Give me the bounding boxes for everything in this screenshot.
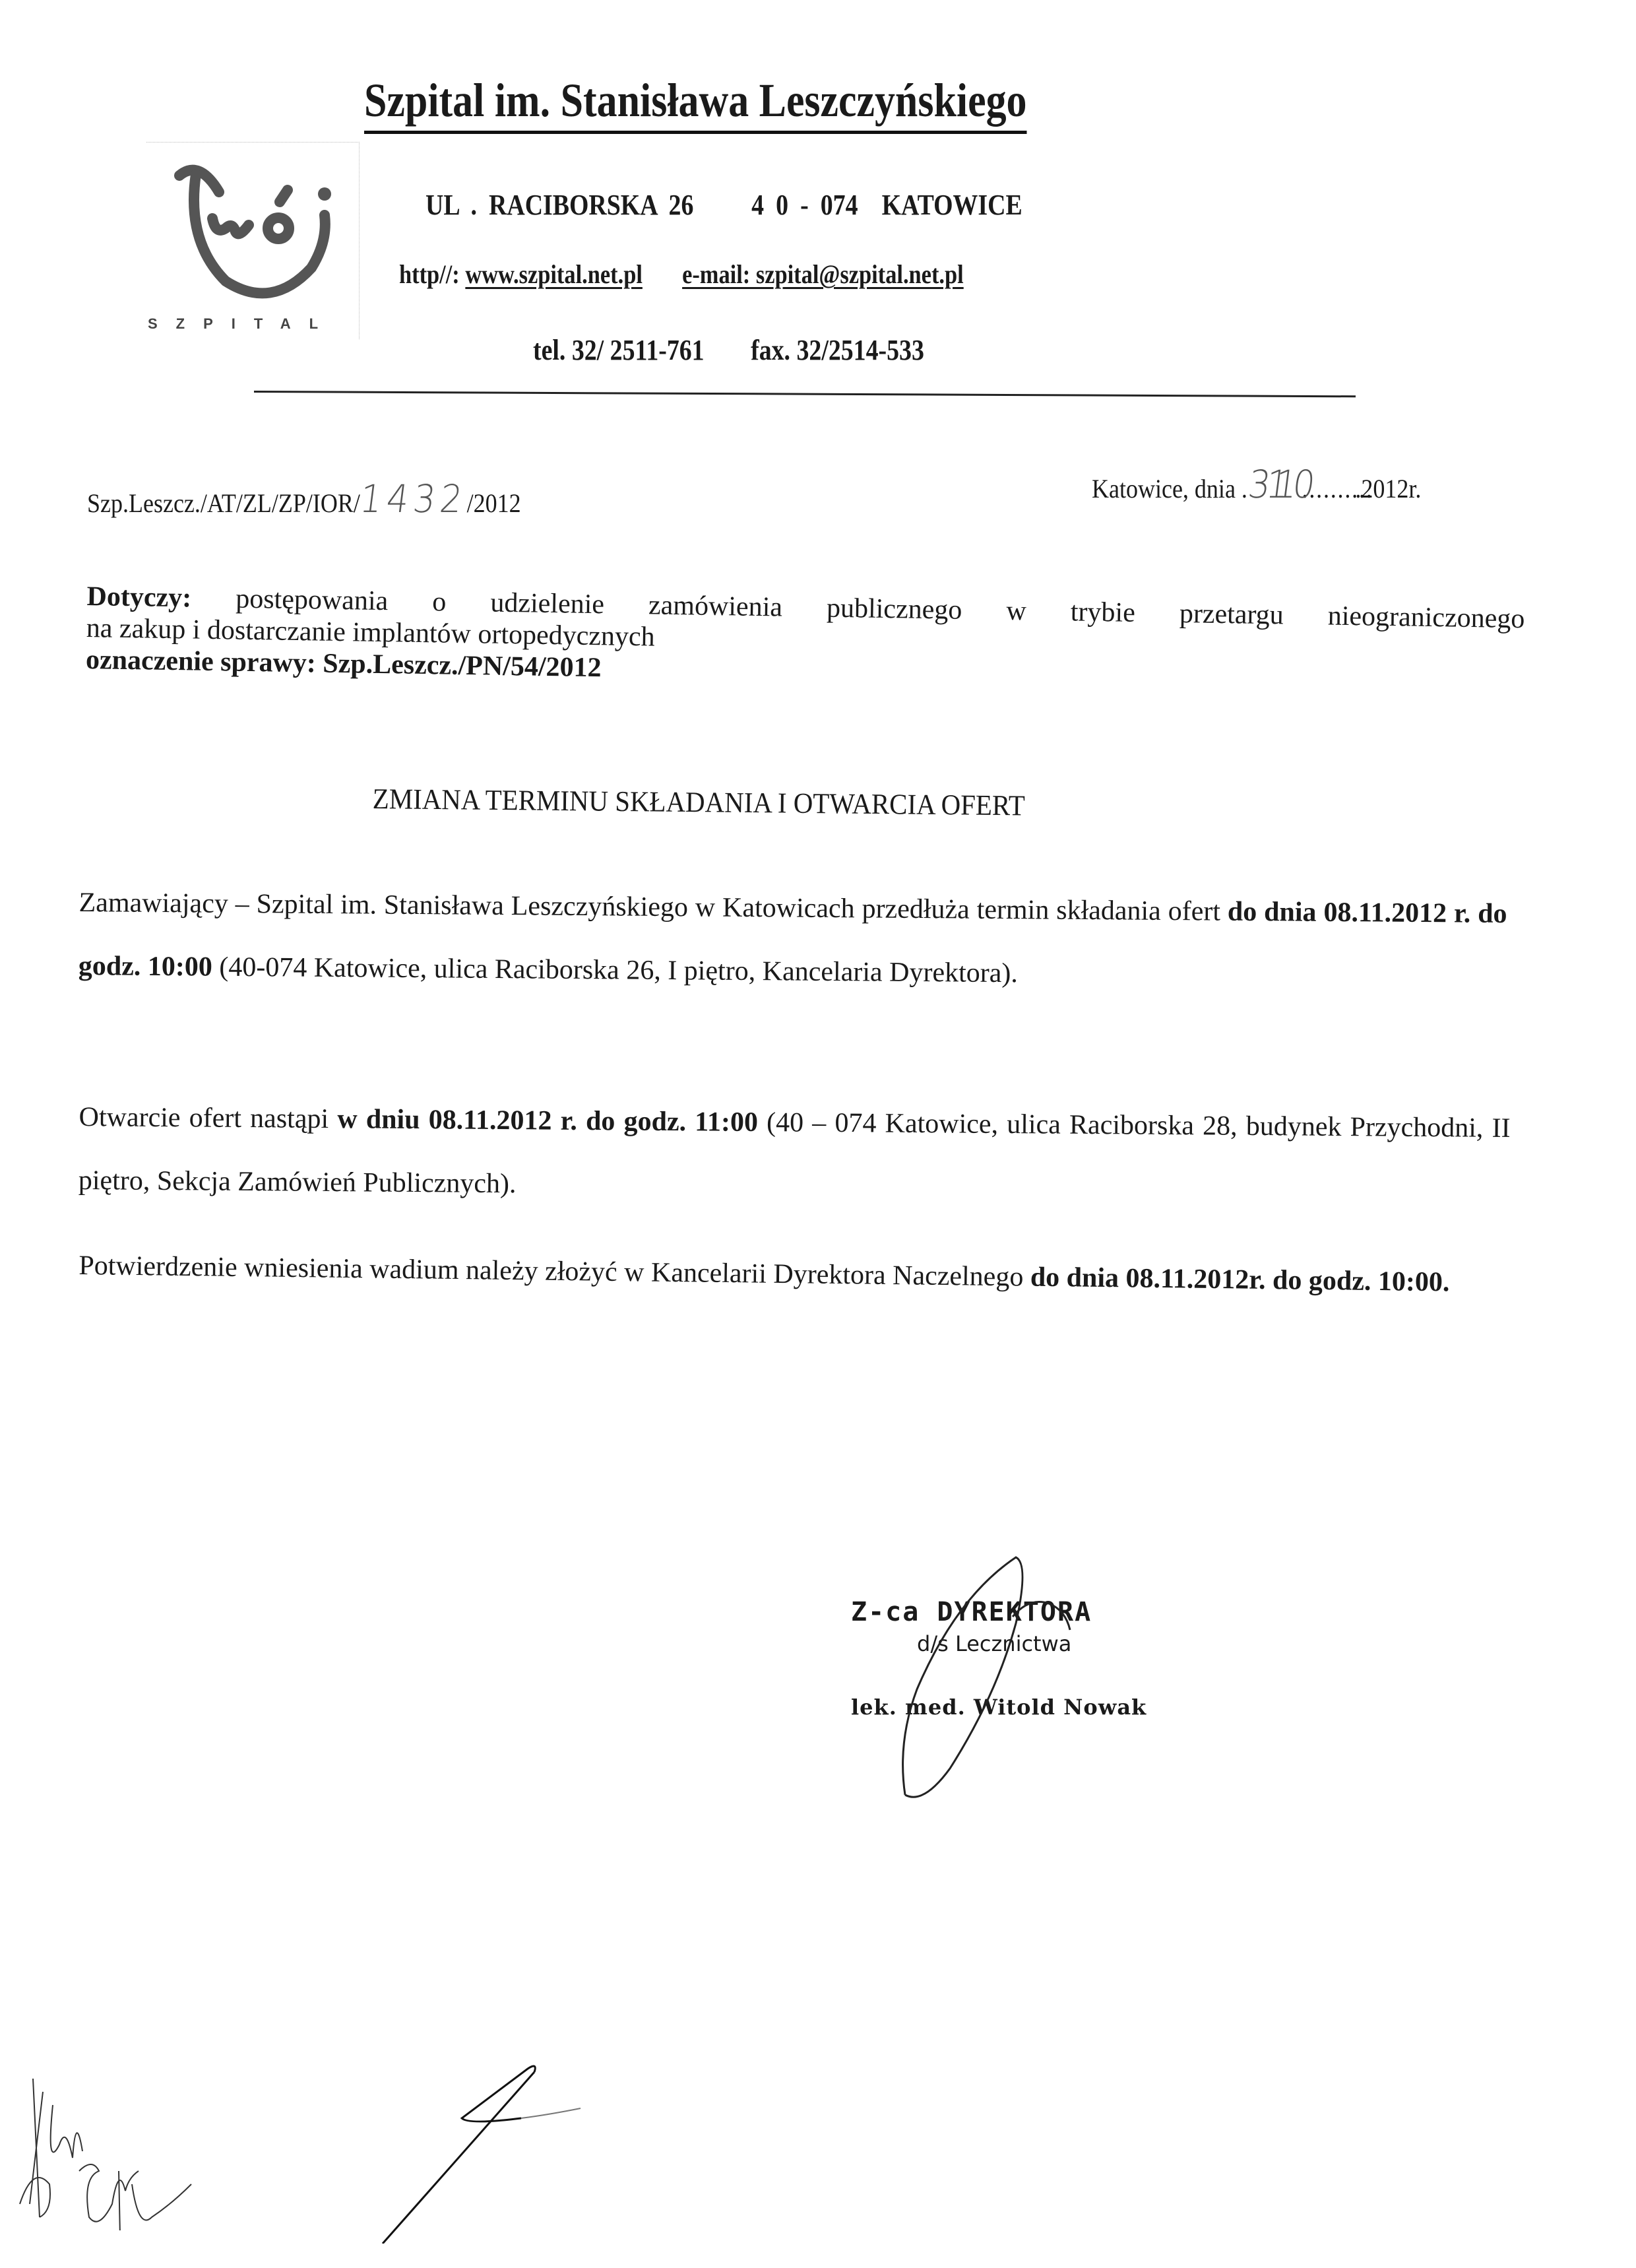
subject-word: zamówienia — [648, 589, 783, 623]
paragraph-text: Potwierdzenie wniesienia wadium należy z… — [79, 1250, 1030, 1293]
paragraph-text: Otwarcie ofert nastąpi — [79, 1102, 337, 1134]
address-street: UL . RACIBORSKA 26 — [425, 189, 693, 221]
hospital-logo: SZPITAL — [146, 142, 360, 339]
date-suffix: .2012r. — [1355, 474, 1421, 503]
subject-word: w — [1006, 595, 1026, 627]
document-title: ZMIANA TERMINU SKŁADANIA I OTWARCIA OFER… — [372, 782, 1025, 822]
web-prefix: http//: — [399, 259, 465, 289]
telephone: tel. 32/ 2511-761 — [533, 334, 705, 366]
contact-web-line: http//: www.szpital.net.pl e-mail: szpit… — [399, 259, 964, 290]
address-line: UL . RACIBORSKA 26 4 0 - 074 KATOWICE — [425, 188, 1022, 222]
opening-date: w dniu 08.11.2012 r. do godz. 11:00 — [337, 1104, 758, 1138]
paragraph-text: Zamawiający – Szpital im. Stanisława Les… — [79, 888, 1228, 927]
reference-number: Szp.Leszcz./AT/ZL/ZP/IOR/1432/2012 — [87, 476, 521, 521]
fax: fax. 32/2514-533 — [751, 334, 924, 366]
website-link[interactable]: www.szpital.net.pl — [465, 259, 643, 289]
case-designation-text: oznaczenie sprawy: Szp.Leszcz./PN/54/201… — [86, 645, 602, 683]
subject-word: trybie — [1070, 596, 1135, 629]
subject-word: nieograniczonego — [1327, 600, 1525, 635]
contact-phone-line: tel. 32/ 2511-761 fax. 32/2514-533 — [533, 333, 924, 367]
date-prefix: Katowice, dnia — [1092, 474, 1242, 503]
subject-block: Dotyczy: postępowania o udzielenie zamów… — [86, 581, 1525, 698]
handwritten-month: 10 — [1263, 462, 1322, 507]
subject-word: przetargu — [1180, 598, 1284, 631]
subject-label: Dotyczy: — [86, 581, 191, 614]
subject-word: o — [432, 586, 447, 618]
organization-name: Szpital im. Stanisława Leszczyńskiego — [364, 71, 1027, 134]
header-divider — [254, 391, 1356, 397]
twoj-smile-logo-icon — [166, 156, 338, 308]
paragraph-opening-date: Otwarcie ofert nastąpi w dniu 08.11.2012… — [78, 1085, 1510, 1223]
logo-wordmark: SZPITAL — [148, 315, 359, 333]
handwritten-reference-number: 1432 — [358, 476, 470, 521]
paragraph-deposit-confirmation: Potwierdzenie wniesienia wadium należy z… — [79, 1234, 1517, 1315]
deposit-deadline: do dnia 08.11.2012r. do godz. 10:00. — [1030, 1262, 1450, 1298]
subject-word: publicznego — [827, 593, 962, 626]
director-signature-icon — [897, 1544, 1135, 1808]
handwritten-signature-left-icon — [13, 2072, 211, 2230]
paragraph-text: (40-074 Katowice, ulica Raciborska 26, I… — [212, 952, 1018, 989]
address-city: 4 0 - 074 KATOWICE — [751, 189, 1022, 221]
reference-suffix: /2012 — [467, 488, 521, 518]
date-line: Katowice, dnia .31..........10.2012r. — [1092, 462, 1421, 507]
email-link[interactable]: e-mail: szpital@szpital.net.pl — [682, 259, 964, 289]
subject-word: postępowania — [236, 583, 389, 618]
subject-word: udzielenie — [490, 587, 604, 621]
handwritten-signature-right-icon — [369, 2046, 594, 2244]
reference-prefix: Szp.Leszcz./AT/ZL/ZP/IOR/ — [87, 488, 360, 518]
paragraph-submission-deadline: Zamawiający – Szpital im. Stanisława Les… — [78, 871, 1507, 1009]
